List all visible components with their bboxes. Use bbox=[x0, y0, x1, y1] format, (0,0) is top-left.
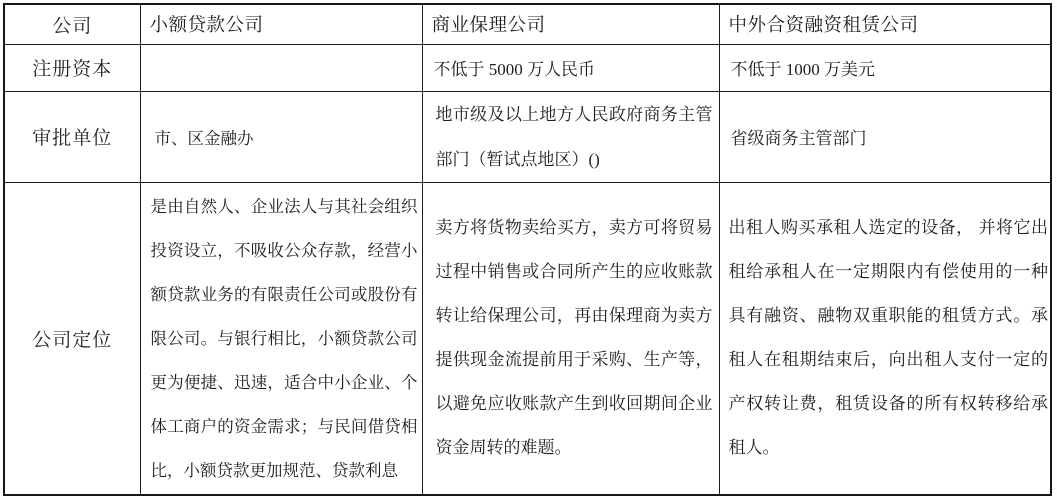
header-leasing-company: 中外合资融资租赁公司 bbox=[719, 4, 1051, 44]
cell-approval-leasing: 省级商务主管部门 bbox=[719, 91, 1051, 182]
header-row: 公司 小额贷款公司 商业保理公司 中外合资融资租赁公司 bbox=[4, 4, 1051, 44]
cell-positioning-microloan: 是由自然人、企业法人与其社会组织投资设立，不吸收公众存款，经营小额贷款业务的有限… bbox=[140, 182, 422, 495]
cell-positioning-leasing: 出租人购买承租人选定的设备， 并将它出租给承租人在一定期限内有偿使用的一种具有融… bbox=[719, 182, 1051, 495]
cell-capital-microloan bbox=[140, 44, 422, 91]
row-label-company-positioning: 公司定位 bbox=[4, 182, 140, 495]
row-label-registered-capital: 注册资本 bbox=[4, 44, 140, 91]
cell-positioning-factoring: 卖方将货物卖给买方，卖方可将贸易过程中销售或合同所产生的应收账款转让给保理公司，… bbox=[422, 182, 719, 495]
row-registered-capital: 注册资本 不低于 5000 万人民币 不低于 1000 万美元 bbox=[4, 44, 1051, 91]
cell-approval-factoring: 地市级及以上地方人民政府商务主管部门（暂试点地区）() bbox=[422, 91, 719, 182]
cell-capital-factoring: 不低于 5000 万人民币 bbox=[422, 44, 719, 91]
cell-capital-leasing: 不低于 1000 万美元 bbox=[719, 44, 1051, 91]
header-microloan-company: 小额贷款公司 bbox=[140, 4, 422, 44]
row-label-approval-authority: 审批单位 bbox=[4, 91, 140, 182]
cell-approval-microloan: 市、区金融办 bbox=[140, 91, 422, 182]
row-approval-authority: 审批单位 市、区金融办 地市级及以上地方人民政府商务主管部门（暂试点地区）() … bbox=[4, 91, 1051, 182]
row-company-positioning: 公司定位 是由自然人、企业法人与其社会组织投资设立，不吸收公众存款，经营小额贷款… bbox=[4, 182, 1051, 495]
header-company: 公司 bbox=[4, 4, 140, 44]
header-factoring-company: 商业保理公司 bbox=[422, 4, 719, 44]
document-page: 公司 小额贷款公司 商业保理公司 中外合资融资租赁公司 注册资本 不低于 500… bbox=[0, 0, 1057, 500]
company-comparison-table: 公司 小额贷款公司 商业保理公司 中外合资融资租赁公司 注册资本 不低于 500… bbox=[3, 3, 1052, 496]
